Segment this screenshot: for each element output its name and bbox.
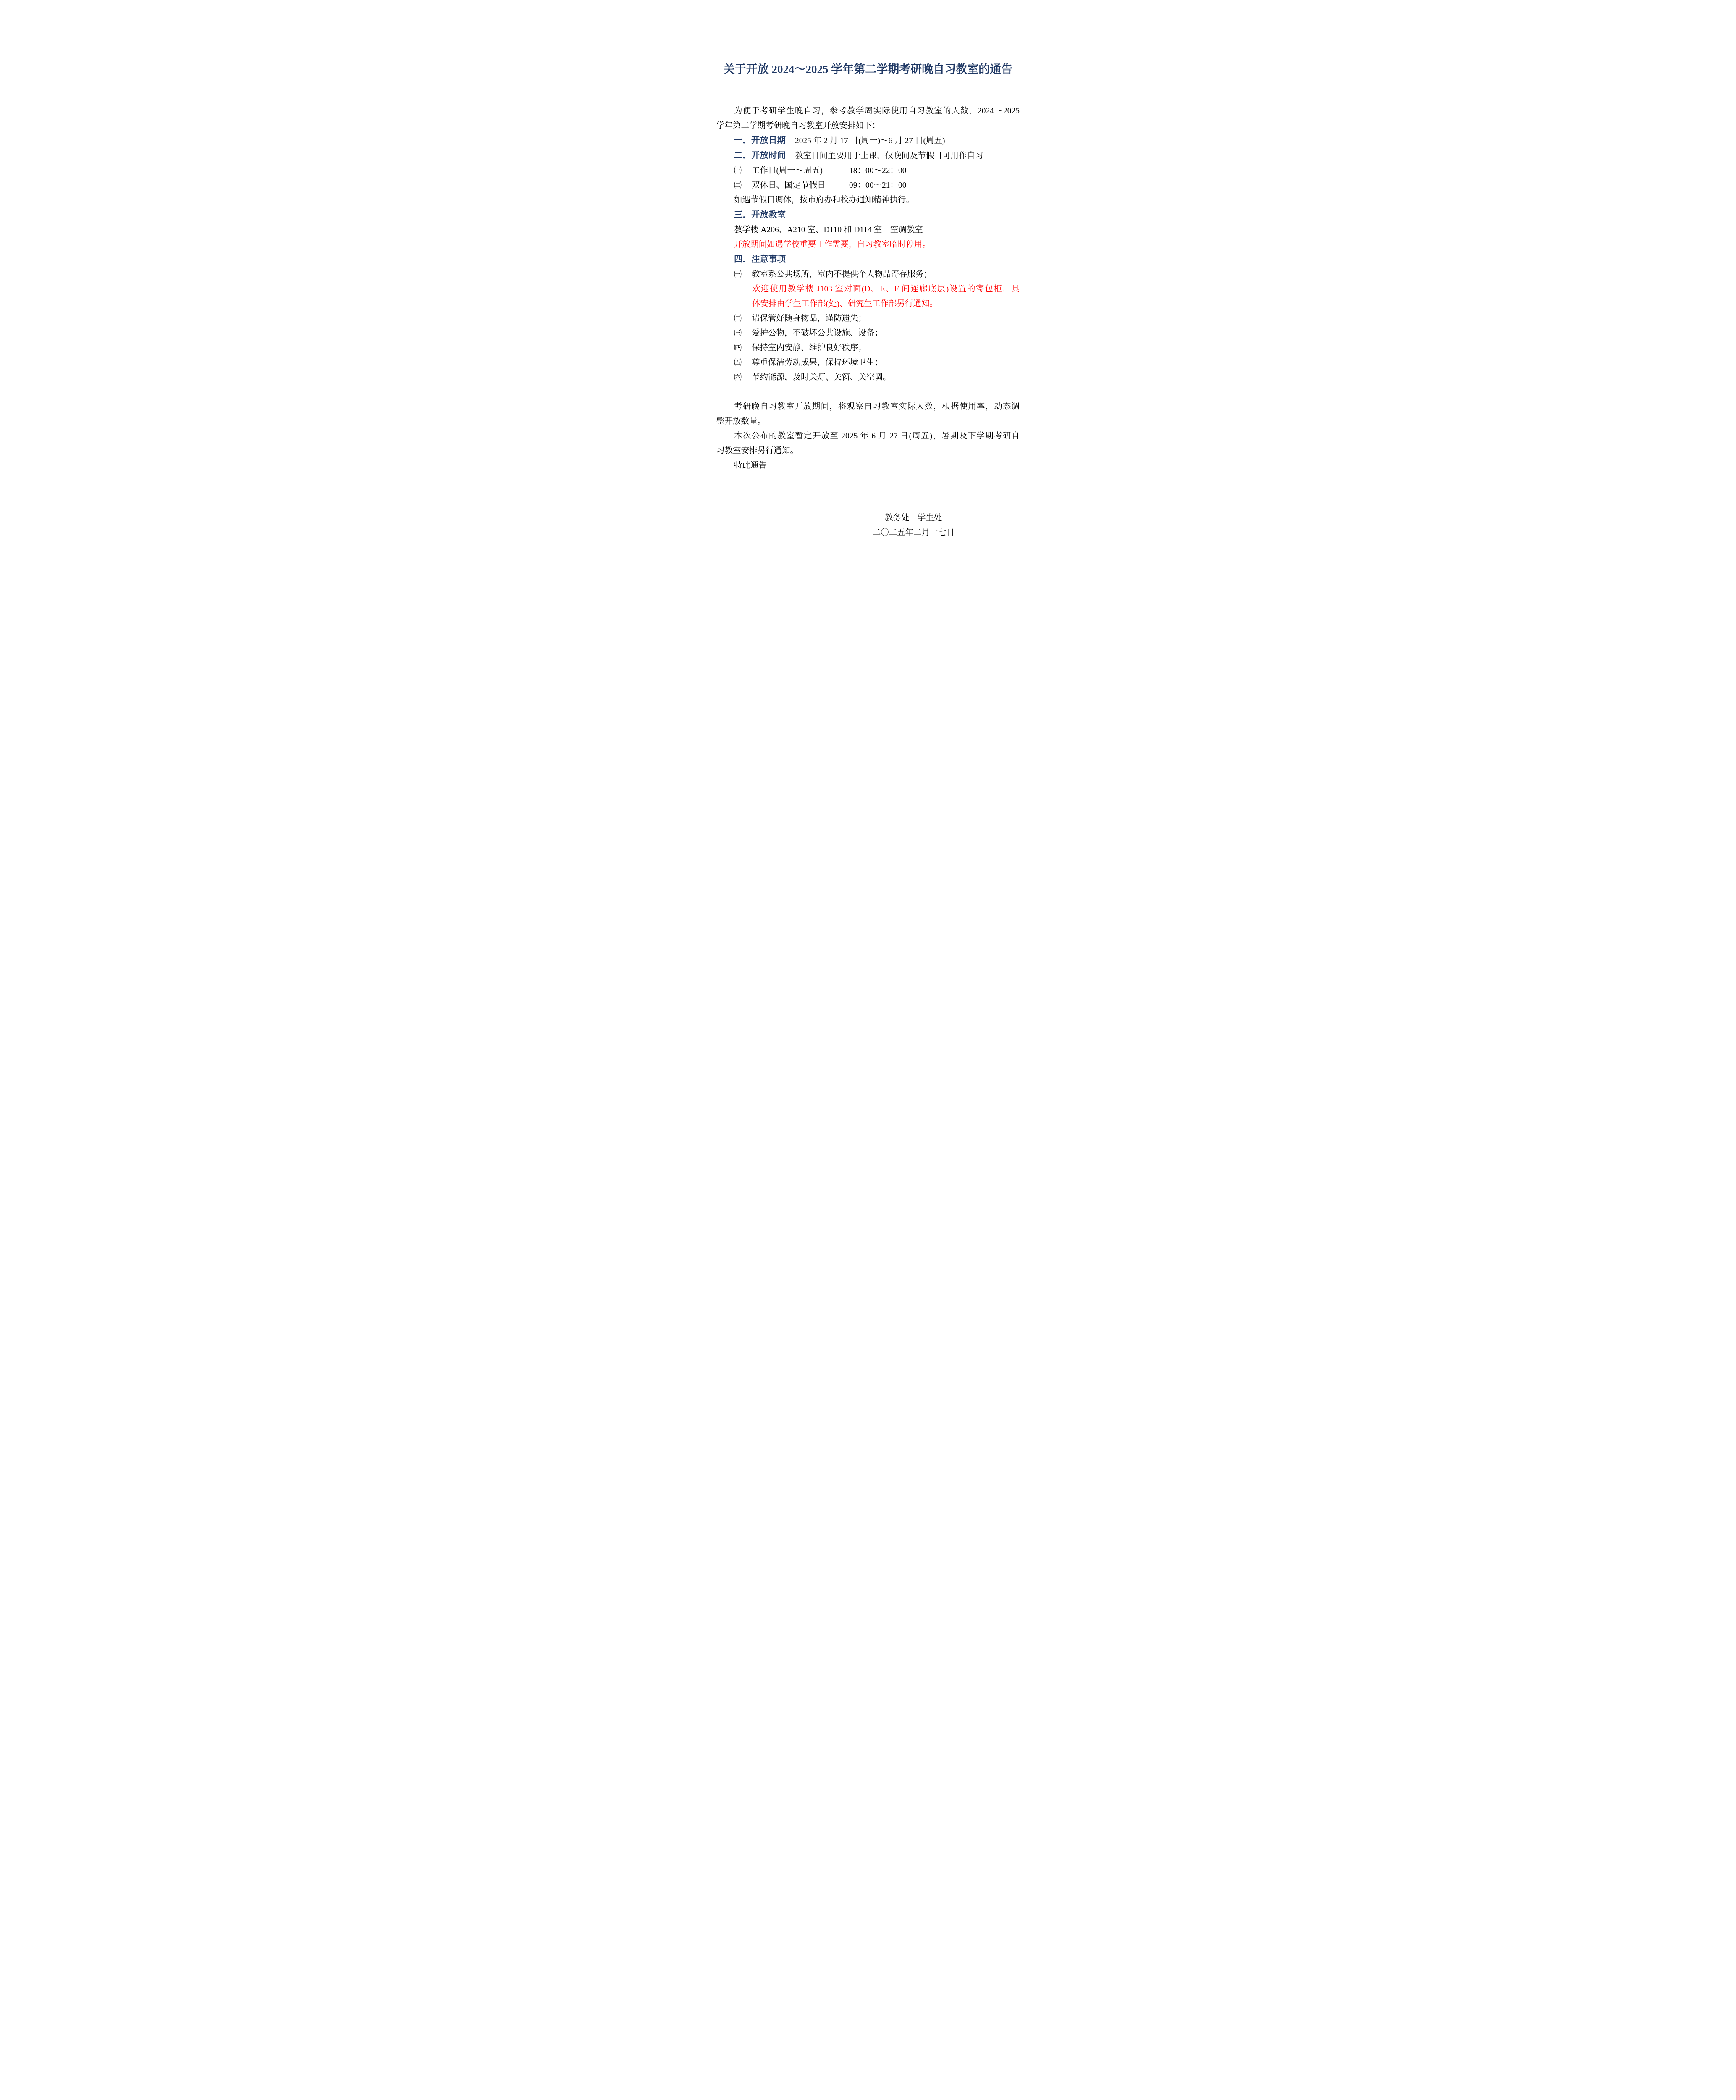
- note-item-3-text: 爱护公物，不破坏公共设施、设备；: [752, 326, 883, 341]
- note-item-2: ㈡ 请保管好随身物品，谨防遗失；: [716, 311, 1020, 326]
- item-marker: ㈠: [734, 267, 752, 282]
- workday-label: 工作日(周一～周五): [752, 163, 849, 178]
- section-open-date-label: 一．开放日期: [734, 136, 786, 145]
- closing-para1-line-1: 考研晚自习教室开放期间，将观察自习教室实际人数，根据使用率，动态调: [716, 399, 1020, 414]
- section-open-date: 一．开放日期2025 年 2 月 17 日(周一)～6 月 27 日(周五): [716, 133, 1020, 148]
- locker-info-line-2: 体安排由学生工作部(处)、研究生工作部另行通知。: [716, 297, 1020, 311]
- section-open-time-content: 教室日间主要用于上课，仅晚间及节假日可用作自习: [795, 152, 983, 160]
- item-marker: ㈠: [734, 163, 752, 178]
- closing-para1-line-2: 整开放数量。: [716, 414, 1020, 429]
- note-item-1: ㈠ 教室系公共场所，室内不提供个人物品寄存服务；: [716, 267, 1020, 282]
- holiday-note: 如遇节假日调休，按市府办和校办通知精神执行。: [716, 193, 1020, 207]
- weekend-time: 09：00～21：00: [849, 178, 907, 193]
- open-time-item-weekend: ㈡ 双休日、国定节假日 09：00～21：00: [716, 178, 1020, 193]
- note-item-4: ㈣ 保持室内安静、维护良好秩序；: [716, 341, 1020, 355]
- document-title: 关于开放 2024～2025 学年第二学期考研晚自习教室的通告: [716, 61, 1020, 78]
- item-marker: ㈢: [734, 326, 752, 341]
- closing-final: 特此通告: [716, 458, 1020, 473]
- notice-document-page: 关于开放 2024～2025 学年第二学期考研晚自习教室的通告 为便于考研学生晚…: [651, 0, 1085, 614]
- section-open-time: 二．开放时间教室日间主要用于上课，仅晚间及节假日可用作自习: [716, 148, 1020, 163]
- weekend-label: 双休日、国定节假日: [752, 178, 849, 193]
- intro-line-1: 为便于考研学生晚自习，参考教学周实际使用自习教室的人数，2024～2025: [716, 104, 1020, 118]
- intro-line-2: 学年第二学期考研晚自习教室开放安排如下：: [716, 118, 1020, 133]
- item-marker: ㈥: [734, 370, 752, 385]
- section-open-date-content: 2025 年 2 月 17 日(周一)～6 月 27 日(周五): [795, 136, 945, 145]
- item-marker: ㈡: [734, 178, 752, 193]
- item-marker: ㈣: [734, 341, 752, 355]
- signature-date: 二〇二五年二月十七日: [853, 525, 974, 540]
- locker-info-line-1: 欢迎使用教学楼 J103 室对面(D、E、F 间连廊底层)设置的寄包柜，具: [716, 282, 1020, 297]
- note-item-6: ㈥ 节约能源，及时关灯、关窗、关空调。: [716, 370, 1020, 385]
- signature-block: 教务处 学生处 二〇二五年二月十七日: [853, 511, 974, 540]
- note-item-3: ㈢ 爱护公物，不破坏公共设施、设备；: [716, 326, 1020, 341]
- section-notes-label: 四．注意事项: [734, 255, 786, 264]
- note-item-4-text: 保持室内安静、维护良好秩序；: [752, 341, 866, 355]
- note-item-1-text: 教室系公共场所，室内不提供个人物品寄存服务；: [752, 267, 932, 282]
- item-marker: ㈡: [734, 311, 752, 326]
- section-open-time-label: 二．开放时间: [734, 151, 786, 160]
- workday-time: 18：00～22：00: [849, 163, 907, 178]
- open-rooms-warning: 开放期间如遇学校重要工作需要，自习教室临时停用。: [716, 237, 1020, 252]
- document-body: 为便于考研学生晚自习，参考教学周实际使用自习教室的人数，2024～2025 学年…: [716, 104, 1020, 473]
- section-open-rooms: 三．开放教室: [716, 207, 1020, 223]
- note-item-5: ㈤ 尊重保洁劳动成果，保持环境卫生；: [716, 355, 1020, 370]
- blank-spacer: [716, 385, 1020, 399]
- note-item-2-text: 请保管好随身物品，谨防遗失；: [752, 311, 866, 326]
- open-time-item-workday: ㈠ 工作日(周一～周五) 18：00～22：00: [716, 163, 1020, 178]
- section-open-rooms-label: 三．开放教室: [734, 210, 786, 220]
- signature-departments: 教务处 学生处: [853, 511, 974, 525]
- open-rooms-content: 教学楼 A206、A210 室、D110 和 D114 室 空调教室: [716, 223, 1020, 237]
- closing-para2-line-2: 习教室安排另行通知。: [716, 444, 1020, 458]
- closing-para2-line-1: 本次公布的教室暂定开放至 2025 年 6 月 27 日(周五)，暑期及下学期考…: [716, 429, 1020, 444]
- item-marker: ㈤: [734, 355, 752, 370]
- section-notes: 四．注意事项: [716, 252, 1020, 267]
- note-item-6-text: 节约能源，及时关灯、关窗、关空调。: [752, 370, 891, 385]
- note-item-5-text: 尊重保洁劳动成果，保持环境卫生；: [752, 355, 883, 370]
